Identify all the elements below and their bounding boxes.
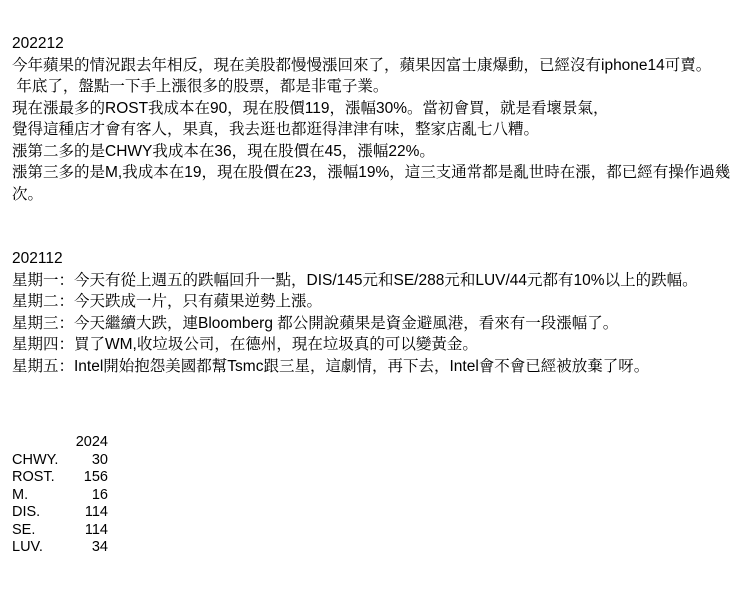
ticker-label: M.: [12, 487, 28, 505]
table-row: SE. 114: [12, 522, 108, 540]
text-line: 今年蘋果的情況跟去年相反，現在美股都慢慢漲回來了，蘋果因富士康爆動，已經沒有ip…: [12, 55, 736, 77]
text-line: 年底了，盤點一下手上漲很多的股票，都是非電子業。: [12, 76, 736, 98]
text-line: 星期五：Intel開始抱怨美國都幫Tsmc跟三星，這劇情，再下去，Intel會不…: [12, 356, 736, 378]
ticker-label: DIS.: [12, 504, 40, 522]
text-line: 星期四：買了WM,收垃圾公司，在德州，現在垃圾真的可以變黃金。: [12, 334, 736, 356]
note-document: 202212 今年蘋果的情況跟去年相反，現在美股都慢慢漲回來了，蘋果因富士康爆動…: [0, 0, 740, 557]
section-202112-title: 202112: [12, 248, 736, 270]
ticker-value: 156: [84, 469, 108, 487]
ticker-value: 34: [92, 539, 108, 557]
text-line: 星期一：今天有從上週五的跌幅回升一點，DIS/145元和SE/288元和LUV/…: [12, 270, 736, 292]
ticker-label: ROST.: [12, 469, 55, 487]
text-line: 星期三：今天繼續大跌，連Bloomberg 都公開說蘋果是資金避風港，看來有一段…: [12, 313, 736, 335]
ticker-value: 114: [85, 504, 108, 522]
section-202212: 202212 今年蘋果的情況跟去年相反，現在美股都慢慢漲回來了，蘋果因富士康爆動…: [12, 33, 736, 205]
text-line: 漲第二多的是CHWY我成本在36，現在股價在45，漲幅22%。: [12, 141, 736, 163]
ticker-value: 16: [92, 487, 108, 505]
holdings-table: 2024 CHWY. 30 ROST. 156 M. 16 DIS. 114 S…: [12, 434, 108, 557]
text-line: 漲第三多的是M,我成本在19，現在股價在23，漲幅19%，這三支通常都是亂世時在…: [12, 162, 736, 205]
text-line: 星期二：今天跌成一片，只有蘋果逆勢上漲。: [12, 291, 736, 313]
table-row: DIS. 114: [12, 504, 108, 522]
ticker-label: CHWY.: [12, 452, 58, 470]
table-header-row: 2024: [12, 434, 108, 452]
table-row: CHWY. 30: [12, 452, 108, 470]
section-202112: 202112 星期一：今天有從上週五的跌幅回升一點，DIS/145元和SE/28…: [12, 248, 736, 377]
table-row: LUV. 34: [12, 539, 108, 557]
table-row: ROST. 156: [12, 469, 108, 487]
ticker-label: SE.: [12, 522, 35, 540]
ticker-label: LUV.: [12, 539, 43, 557]
ticker-value: 114: [85, 522, 108, 540]
table-row: M. 16: [12, 487, 108, 505]
table-header-year: 2024: [76, 434, 108, 452]
section-202212-title: 202212: [12, 33, 736, 55]
ticker-value: 30: [92, 452, 108, 470]
text-line: 現在漲最多的ROST我成本在90，現在股價119，漲幅30%。當初會買，就是看壞…: [12, 98, 736, 120]
text-line: 覺得這種店才會有客人，果真，我去逛也都逛得津津有味，整家店亂七八糟。: [12, 119, 736, 141]
